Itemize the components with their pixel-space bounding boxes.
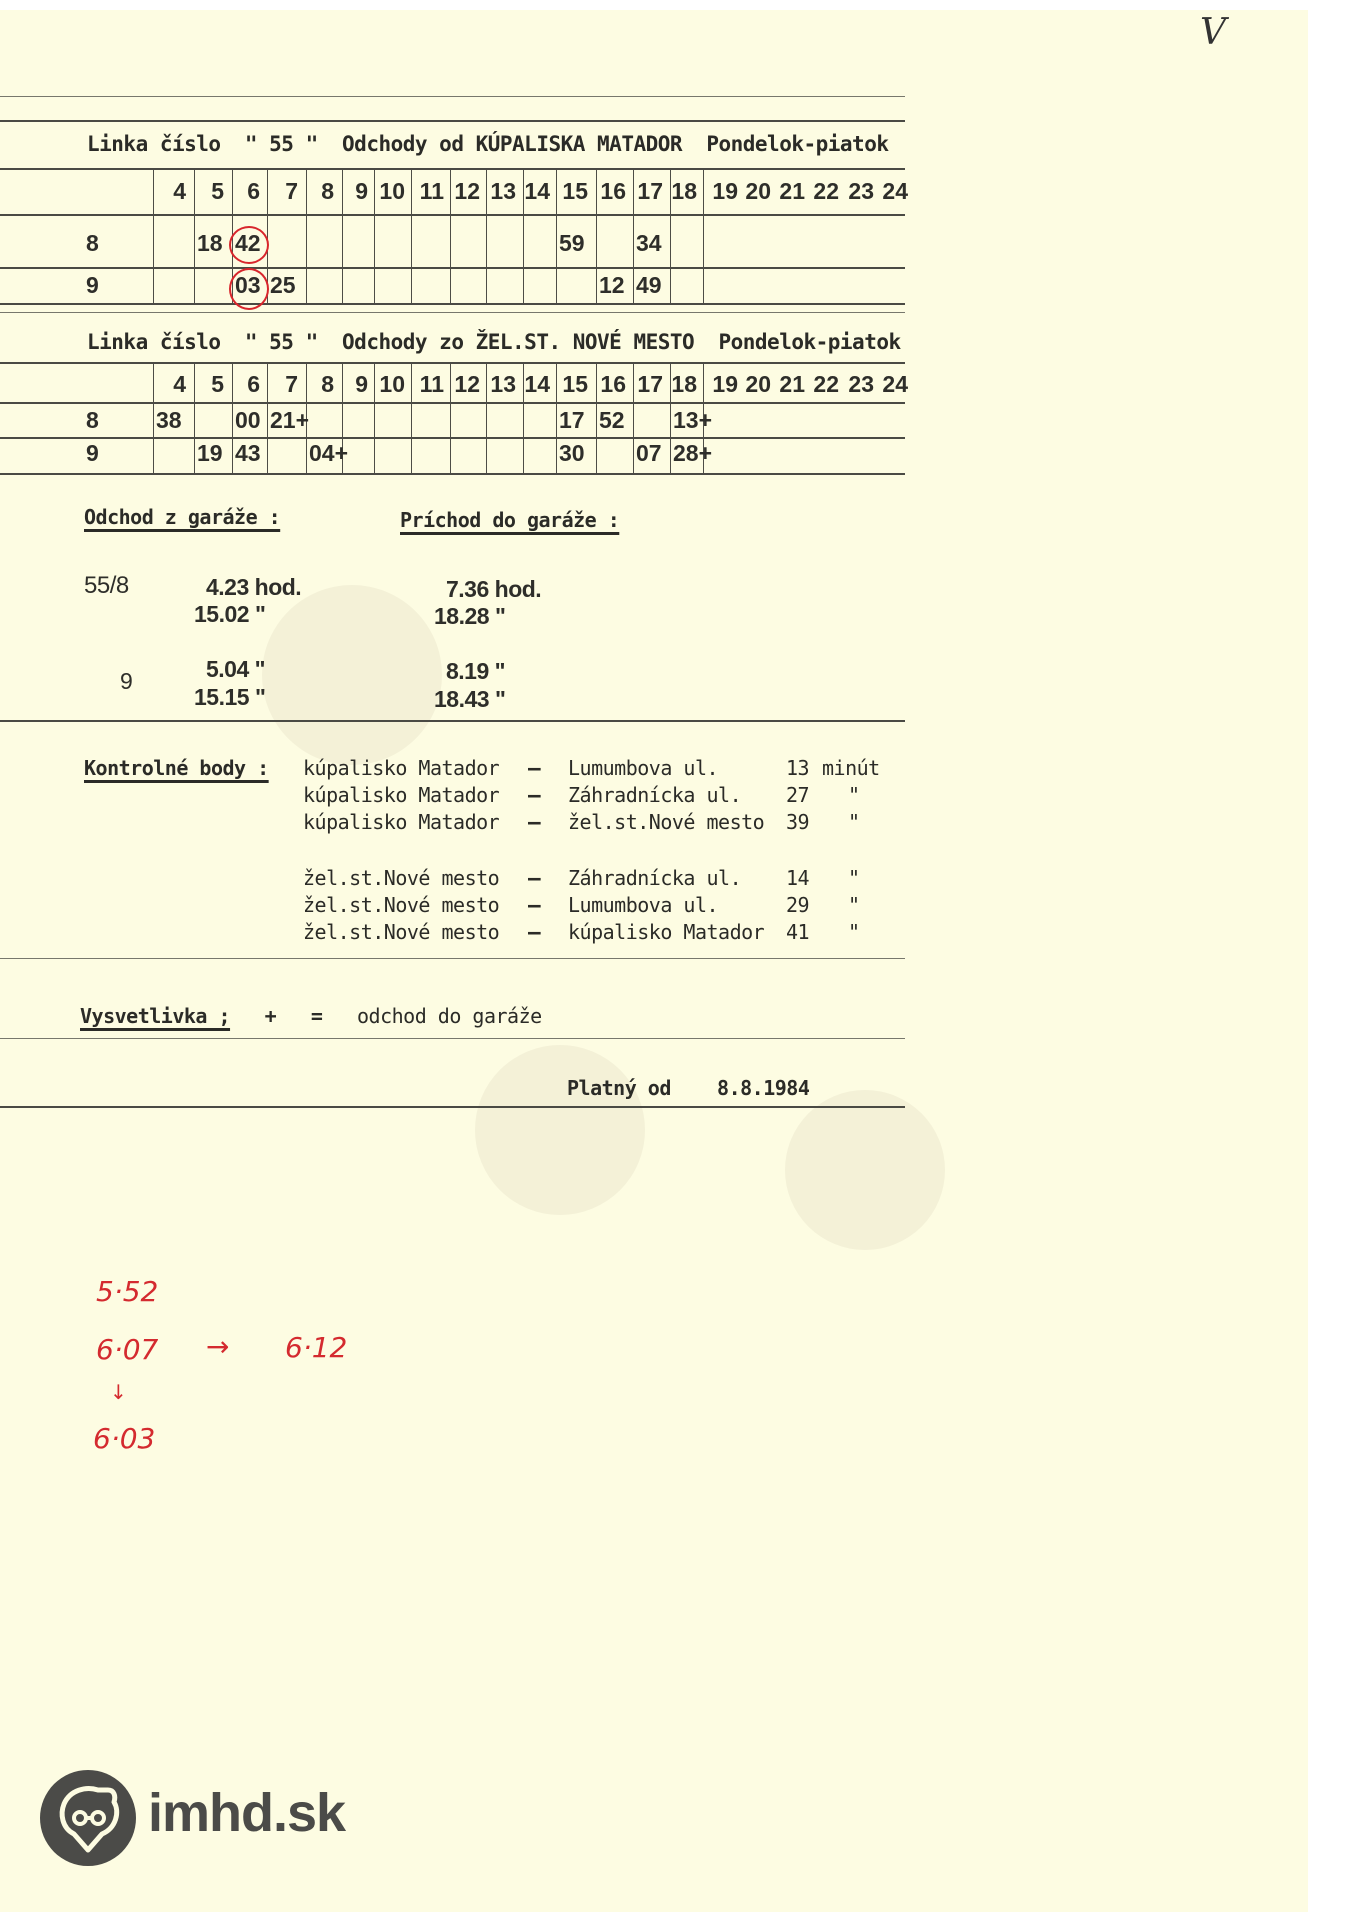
- divider: [0, 1106, 905, 1108]
- hour-header: 9: [336, 371, 368, 398]
- hour-header: 15: [556, 371, 588, 398]
- departure-minute: 34: [636, 230, 662, 257]
- validity-date: 8.8.1984: [717, 1076, 809, 1100]
- arrival-heading: Príchod do garáže :: [400, 508, 619, 532]
- hour-header: 14: [518, 178, 550, 205]
- hour-header: 14: [518, 371, 550, 398]
- arrival-time: 8.19 ": [446, 658, 505, 685]
- hour-header: 17: [631, 178, 663, 205]
- departure-minute: 43: [235, 440, 261, 467]
- hour-header: 24: [876, 178, 908, 205]
- from-stop: žel.st.Nové mesto: [303, 920, 499, 944]
- divider: [0, 473, 905, 475]
- table-title: Linka číslo " 55 " Odchody od KÚPALISKA …: [87, 132, 889, 156]
- row-label-9: 9: [86, 272, 98, 299]
- departure-minute: 52: [599, 407, 625, 434]
- service-label: 9: [120, 668, 132, 695]
- hour-header: 6: [228, 178, 260, 205]
- highlight-circle: [229, 226, 269, 264]
- departure-time: 5.04 ": [206, 656, 265, 683]
- divider: [0, 720, 905, 722]
- legend-symbol: +: [265, 1004, 277, 1028]
- dash-separator: –: [528, 783, 540, 807]
- note-line-2-right: 6·12: [285, 1331, 347, 1364]
- hour-header: 11: [412, 178, 444, 205]
- row-label-8: 8: [86, 407, 98, 434]
- from-stop: žel.st.Nové mesto: [303, 866, 499, 890]
- hour-header: 21: [773, 178, 805, 205]
- travel-minutes: 41: [786, 920, 809, 944]
- hour-header: 24: [876, 371, 908, 398]
- to-stop: Záhradnícka ul.: [568, 783, 741, 807]
- hour-header: 22: [807, 371, 839, 398]
- watermark-logo: [475, 1045, 645, 1215]
- hour-header: 20: [739, 178, 771, 205]
- hour-header: 20: [739, 371, 771, 398]
- from-stop: kúpalisko Matador: [303, 783, 499, 807]
- note-line-2-left: 6·07: [96, 1333, 158, 1366]
- row-label-8: 8: [86, 230, 98, 257]
- hour-header: 16: [594, 371, 626, 398]
- divider: [0, 362, 905, 364]
- departure-minute: 30: [559, 440, 585, 467]
- hour-header: 23: [842, 178, 874, 205]
- hour-header: 17: [631, 371, 663, 398]
- hour-header: 4: [154, 178, 186, 205]
- divider: [0, 437, 905, 439]
- corner-mark: V: [1200, 12, 1226, 53]
- travel-minutes: 13: [786, 756, 809, 780]
- hour-header: 19: [706, 371, 738, 398]
- departure-minute: 49: [636, 272, 662, 299]
- minutes-unit: minút: [822, 756, 880, 780]
- hour-header: 13: [484, 178, 516, 205]
- note-line-3: 6·03: [93, 1422, 155, 1455]
- hour-header: 18: [665, 178, 697, 205]
- watermark-logo: [262, 585, 442, 765]
- to-stop: kúpalisko Matador: [568, 920, 764, 944]
- hour-header: 7: [266, 178, 298, 205]
- arrow-down-icon: ↓: [110, 1380, 127, 1404]
- travel-minutes: 39: [786, 810, 809, 834]
- hour-header: 22: [807, 178, 839, 205]
- days: Pondelok-piatok: [718, 330, 900, 354]
- departure-time: 4.23 hod.: [206, 574, 301, 601]
- divider: [0, 958, 905, 959]
- hour-header: 5: [192, 371, 224, 398]
- hour-header: 8: [302, 371, 334, 398]
- departure-time: 15.02 ": [194, 601, 265, 628]
- divider: [0, 120, 905, 122]
- days: Pondelok-piatok: [706, 132, 888, 156]
- arrival-time: 18.28 ": [434, 603, 505, 630]
- dash-separator: –: [528, 920, 540, 944]
- to-stop: Záhradnícka ul.: [568, 866, 741, 890]
- departure-minute: 59: [559, 230, 585, 257]
- line-label: Linka číslo: [87, 132, 221, 156]
- minutes-unit: ": [848, 810, 860, 834]
- hour-header: 23: [842, 371, 874, 398]
- departure-minute: 04+: [309, 440, 348, 467]
- highlight-circle: [229, 268, 269, 310]
- hour-header: 10: [373, 178, 405, 205]
- from-stop: žel.st.Nové mesto: [303, 893, 499, 917]
- travel-minutes: 14: [786, 866, 809, 890]
- divider: [0, 402, 905, 404]
- departure-minute: 07: [636, 440, 662, 467]
- to-stop: Lumumbova ul.: [568, 756, 718, 780]
- control-points-heading: Kontrolné body :: [84, 756, 269, 780]
- minutes-unit: ": [848, 866, 860, 890]
- to-stop: žel.st.Nové mesto: [568, 810, 764, 834]
- dash-separator: –: [528, 756, 540, 780]
- hour-header: 11: [412, 371, 444, 398]
- departure-minute: 25: [270, 272, 296, 299]
- divider: [0, 303, 905, 305]
- validity: Platný od 8.8.1984: [567, 1076, 809, 1100]
- hour-header: 12: [448, 178, 480, 205]
- arrow-right-icon: →: [206, 1330, 229, 1363]
- divider: [0, 1038, 905, 1039]
- minutes-unit: ": [848, 920, 860, 944]
- dash-separator: –: [528, 866, 540, 890]
- legend-equals: =: [311, 1004, 323, 1028]
- arrival-time: 7.36 hod.: [446, 576, 541, 603]
- hour-header: 4: [154, 371, 186, 398]
- table-title: Linka číslo " 55 " Odchody zo ŽEL.ST. NO…: [87, 330, 901, 354]
- hour-header: 12: [448, 371, 480, 398]
- departure-minute: 21+: [270, 407, 309, 434]
- hour-header: 13: [484, 371, 516, 398]
- dash-separator: –: [528, 810, 540, 834]
- minutes-unit: ": [848, 783, 860, 807]
- direction: Odchody zo ŽEL.ST. NOVÉ MESTO: [342, 330, 694, 354]
- hour-header: 6: [228, 371, 260, 398]
- hour-header: 21: [773, 371, 805, 398]
- legend: Vysvetlivka ; + = odchod do garáže: [80, 1004, 542, 1028]
- departure-heading: Odchod z garáže :: [84, 505, 280, 529]
- logo-text: imhd.sk: [148, 1782, 345, 1844]
- note-line-1: 5·52: [96, 1275, 158, 1308]
- line-label: Linka číslo: [87, 330, 221, 354]
- from-stop: kúpalisko Matador: [303, 756, 499, 780]
- departure-minute: 13+: [673, 407, 712, 434]
- line-number: " 55 ": [245, 132, 318, 156]
- divider: [0, 267, 905, 269]
- legend-meaning: odchod do garáže: [357, 1004, 542, 1028]
- departure-minute: 19: [197, 440, 223, 467]
- direction: Odchody od KÚPALISKA MATADOR: [342, 132, 682, 156]
- hour-header: 8: [302, 178, 334, 205]
- travel-minutes: 29: [786, 893, 809, 917]
- hour-header: 16: [594, 178, 626, 205]
- arrival-time: 18.43 ": [434, 686, 505, 713]
- to-stop: Lumumbova ul.: [568, 893, 718, 917]
- departure-minute: 17: [559, 407, 585, 434]
- departure-minute: 18: [197, 230, 223, 257]
- row-label-9: 9: [86, 440, 98, 467]
- hour-header: 18: [665, 371, 697, 398]
- travel-minutes: 27: [786, 783, 809, 807]
- legend-heading: Vysvetlivka ;: [80, 1004, 230, 1028]
- hour-header: 19: [706, 178, 738, 205]
- divider: [0, 312, 905, 313]
- hour-header: 9: [336, 178, 368, 205]
- departure-minute: 38: [156, 407, 182, 434]
- watermark-logo: [785, 1090, 945, 1250]
- minutes-unit: ": [848, 893, 860, 917]
- departure-minute: 12: [599, 272, 625, 299]
- divider: [0, 96, 905, 97]
- hour-header: 5: [192, 178, 224, 205]
- divider: [0, 214, 905, 216]
- divider: [0, 168, 905, 170]
- column-divider: [703, 170, 704, 303]
- hour-header: 10: [373, 371, 405, 398]
- hour-header: 15: [556, 178, 588, 205]
- service-label: 55/8: [84, 572, 129, 600]
- departure-minute: 00: [235, 407, 261, 434]
- line-number: " 55 ": [245, 330, 318, 354]
- hour-header: 7: [266, 371, 298, 398]
- departure-time: 15.15 ": [194, 684, 265, 711]
- validity-label: Platný od: [567, 1076, 671, 1100]
- dash-separator: –: [528, 893, 540, 917]
- bus-pin-icon: [40, 1770, 136, 1866]
- from-stop: kúpalisko Matador: [303, 810, 499, 834]
- departure-minute: 28+: [673, 440, 712, 467]
